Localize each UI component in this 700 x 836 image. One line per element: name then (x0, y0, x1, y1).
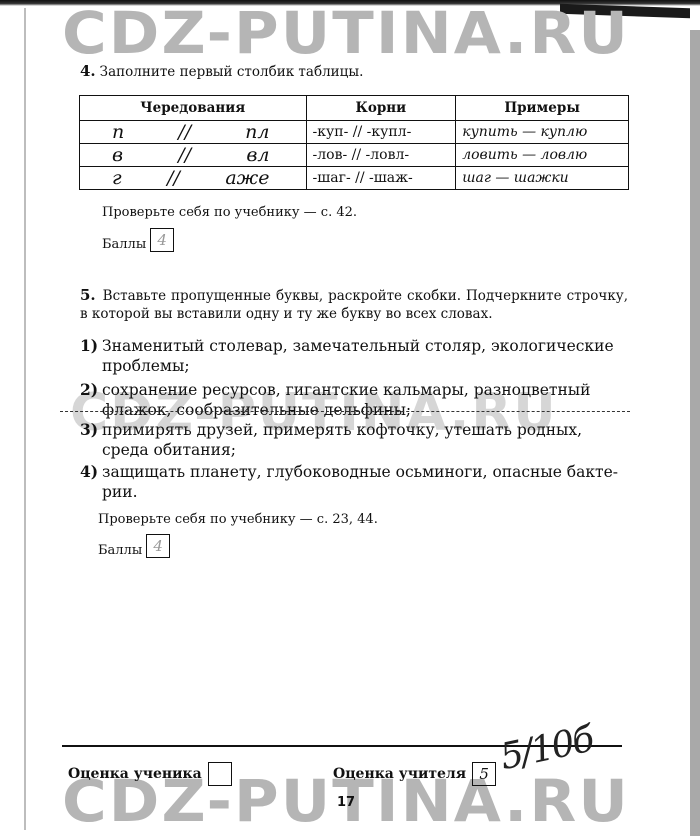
exercise-item-4: 4)защищать планету, глубоководные осьмин… (80, 462, 628, 502)
teacher-grade-box[interactable]: 5 (472, 762, 496, 786)
student-grade-label: Оценка ученика (68, 766, 202, 782)
student-grade-box[interactable] (208, 762, 232, 786)
task4-check-reference: Проверьте себя по учебнику — с. 42. (102, 205, 357, 220)
item-line1: примирять друзей, примерять кофточку, ут… (102, 421, 582, 439)
task5-title: 5. Вставьте пропущенные буквы, раскройте… (80, 286, 628, 323)
separator: // (178, 121, 191, 143)
item-number: 1) (80, 336, 102, 356)
handwritten-left: г (112, 167, 122, 189)
alternation-cell[interactable]: п//пл (80, 121, 307, 144)
item-line2: флажок, сообразительные дельфины; (80, 400, 628, 420)
item-line1: защищать планету, глубоководные осьминог… (102, 463, 618, 481)
student-grade: Оценка ученика (68, 762, 232, 786)
handwritten-left: п (112, 121, 124, 143)
task4-title: 4.Заполните первый столбик таблицы. (80, 62, 363, 80)
item-line2: среда обитания; (80, 440, 628, 460)
score-box[interactable]: 4 (150, 228, 174, 252)
example-cell: шаг — шажки (456, 167, 629, 190)
exercise-item-1: 1)Знаменитый столевар, замечательный сто… (80, 336, 628, 376)
task4-number: 4. (80, 62, 96, 80)
task5-score: Баллы 4 (98, 534, 170, 558)
item-number: 4) (80, 462, 102, 482)
exercise-item-3: 3)примирять друзей, примерять кофточку, … (80, 420, 628, 460)
item-number: 2) (80, 380, 102, 400)
handwritten-right: аже (225, 167, 269, 189)
alternations-table: Чередования Корни Примеры п//пл -куп- //… (79, 95, 629, 190)
score-box[interactable]: 4 (146, 534, 170, 558)
score-label: Баллы (98, 543, 142, 558)
teacher-signature: 5/10б (497, 719, 596, 778)
separator: // (167, 167, 180, 189)
page-number: 17 (337, 795, 355, 810)
header-alternations: Чередования (80, 96, 307, 121)
item-line1: сохранение ресурсов, гигантские кальмары… (102, 381, 590, 399)
roots-cell: -шаг- // -шаж- (306, 167, 456, 190)
table-header-row: Чередования Корни Примеры (80, 96, 629, 121)
separator: // (178, 144, 191, 166)
item-number: 3) (80, 420, 102, 440)
example-cell: ловить — ловлю (456, 144, 629, 167)
score-label: Баллы (102, 237, 146, 252)
handwritten-right: вл (246, 144, 269, 166)
alternation-cell[interactable]: г//аже (80, 167, 307, 190)
underline-mark (60, 411, 630, 412)
item-line2: проблемы; (80, 356, 628, 376)
task5-number: 5. (80, 286, 96, 304)
workbook-page: 4.Заполните первый столбик таблицы. Чере… (0, 0, 700, 836)
task5-check-reference: Проверьте себя по учебнику — с. 23, 44. (98, 512, 378, 527)
header-examples: Примеры (456, 96, 629, 121)
item-line1: Знаменитый столевар, замечательный столя… (102, 337, 614, 355)
teacher-grade-label: Оценка учителя (333, 766, 466, 782)
roots-cell: -куп- // -купл- (306, 121, 456, 144)
teacher-grade: Оценка учителя 5 (333, 762, 496, 786)
example-cell: купить — куплю (456, 121, 629, 144)
task4-instruction: Заполните первый столбик таблицы. (100, 64, 364, 80)
roots-cell: -лов- // -ловл- (306, 144, 456, 167)
handwritten-right: пл (245, 121, 269, 143)
table-row: г//аже -шаг- // -шаж- шаг — шажки (80, 167, 629, 190)
handwritten-left: в (112, 144, 123, 166)
header-roots: Корни (306, 96, 456, 121)
task4-score: Баллы 4 (102, 228, 174, 252)
item-line2: рии. (80, 482, 628, 502)
task5-instruction: Вставьте пропущенные буквы, раскройте ск… (80, 288, 628, 322)
exercise-item-2: 2)сохранение ресурсов, гигантские кальма… (80, 380, 628, 420)
table-row: п//пл -куп- // -купл- купить — куплю (80, 121, 629, 144)
table-row: в//вл -лов- // -ловл- ловить — ловлю (80, 144, 629, 167)
alternation-cell[interactable]: в//вл (80, 144, 307, 167)
